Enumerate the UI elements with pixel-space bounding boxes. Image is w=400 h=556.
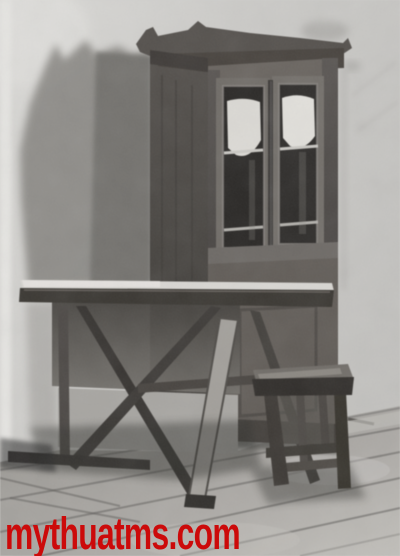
drawing-root [0, 0, 400, 556]
grain-overlay-blotch [0, 0, 400, 556]
drawing-photo: mythuatms.com [0, 0, 400, 556]
watermark-text: mythuatms.com [5, 508, 240, 556]
still-life-drawing: mythuatms.com [0, 0, 400, 556]
